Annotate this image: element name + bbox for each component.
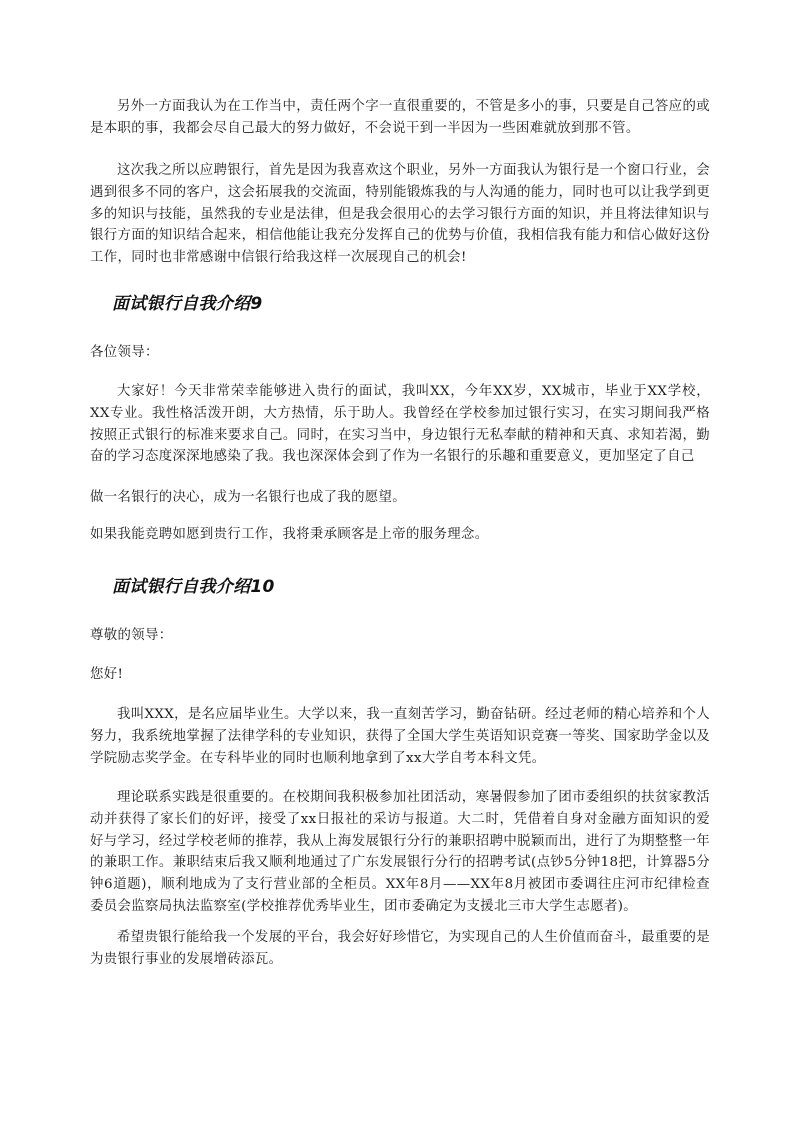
paragraph-hope-10: 希望贵银行能给我一个发展的平台，我会好好珍惜它，为实现自己的人生价值而奋斗，最重…: [90, 927, 710, 971]
paragraph-salutation-10: 尊敬的领导：: [90, 625, 710, 647]
paragraph-greeting-10: 您好!: [90, 664, 710, 686]
paragraph-why-bank: 这次我之所以应聘银行，首先是因为我喜欢这个职业，另外一方面我认为银行是一个窗口行…: [90, 160, 710, 269]
paragraph-salutation-9: 各位领导：: [90, 342, 710, 364]
section-heading-10: 面试银行自我介绍10: [112, 576, 275, 598]
paragraph-responsibility: 另外一方面我认为在工作当中，责任两个字一直很重要的，不管是多小的事，只要是自己答…: [90, 96, 710, 140]
section-heading-9: 面试银行自我介绍9: [112, 293, 263, 315]
paragraph-education-10: 我叫XXX，是名应届毕业生。大学以来，我一直刻苦学习，勤奋钻研。经过老师的精心培…: [90, 704, 710, 769]
paragraph-resolve-9: 做一名银行的决心，成为一名银行也成了我的愿望。: [90, 487, 710, 509]
paragraph-experience-10: 理论联系实践是很重要的。在校期间我积极参加社团活动，寒暑假参加了团市委组织的扶贫…: [90, 787, 710, 918]
paragraph-closing-9: 如果我能竞聘如愿到贵行工作，我将秉承顾客是上帝的服务理念。: [90, 524, 710, 546]
paragraph-intro-9: 大家好！今天非常荣幸能够进入贵行的面试，我叫XX，今年XX岁，XX城市，毕业于X…: [90, 381, 710, 468]
